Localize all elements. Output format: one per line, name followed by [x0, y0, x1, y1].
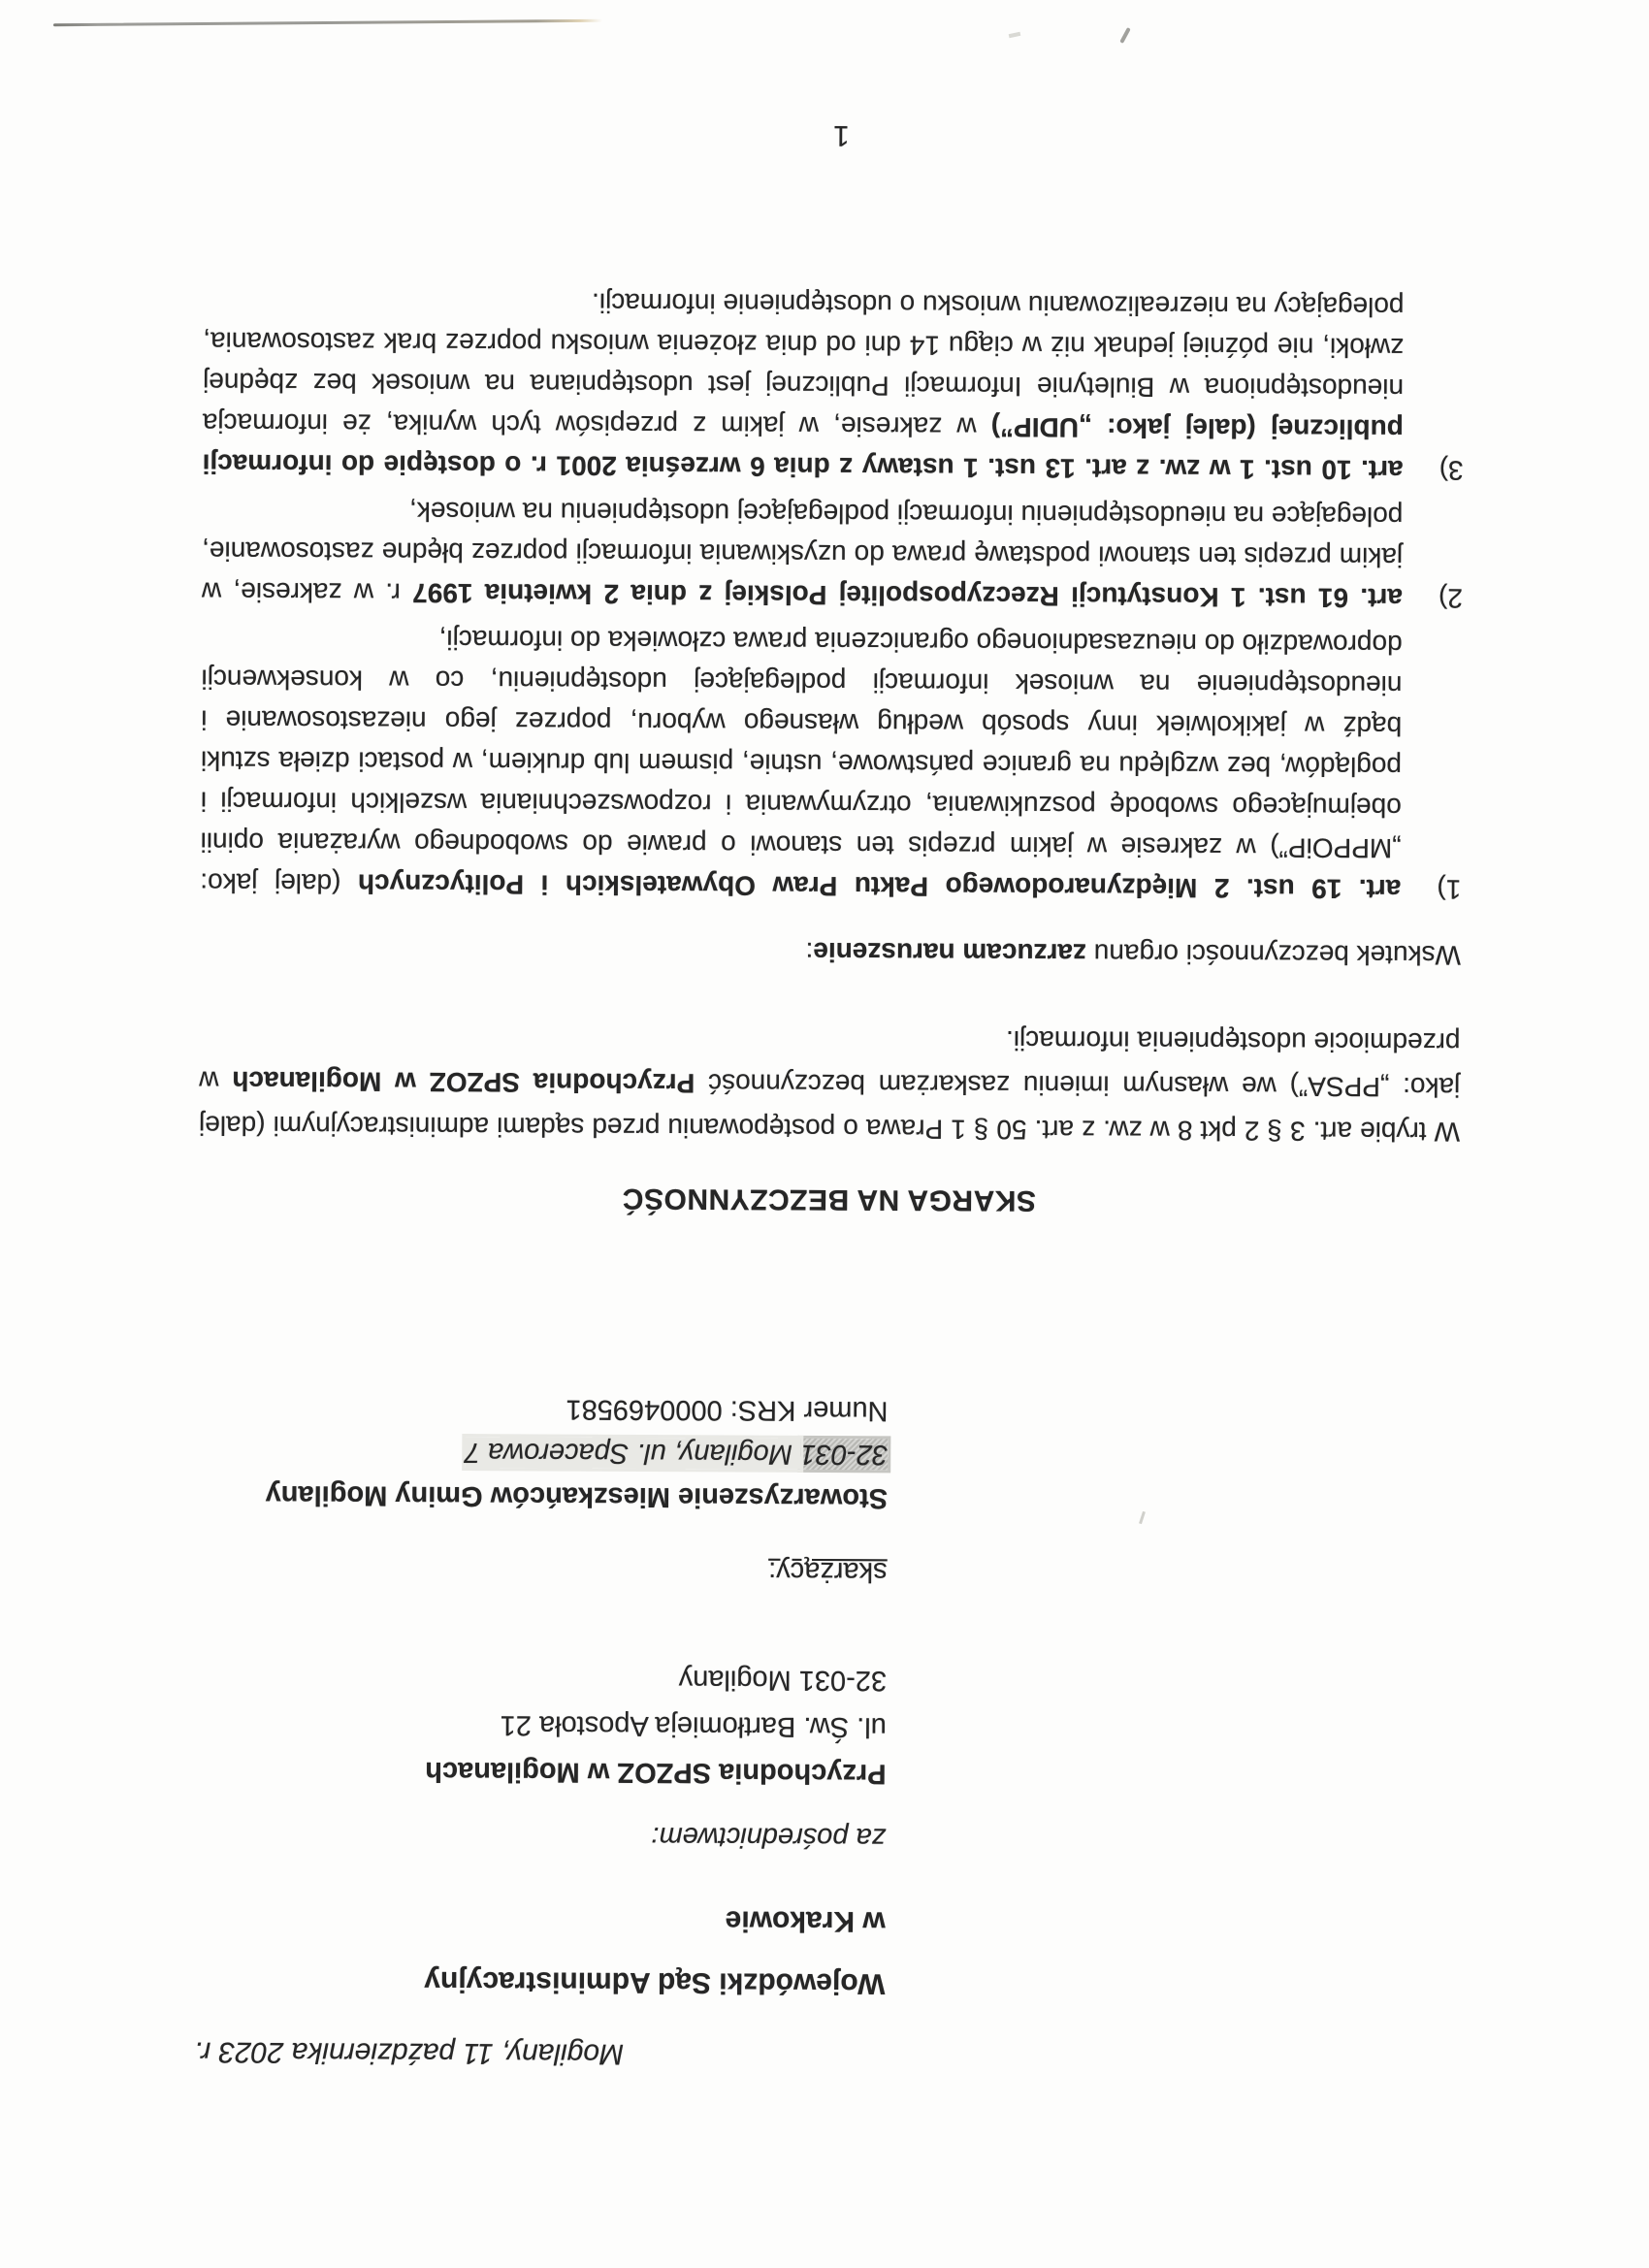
krs-number-line: Numer KRS: 0000469581 — [197, 1385, 888, 1433]
charge-rest: (dalej jako: „MPPOiP”) w zakresie w jaki… — [200, 625, 1402, 899]
complainant-address: 32-031 Mogilany, ul. Spacerowa 7 — [197, 1429, 888, 1476]
complainant-label: skarżący: — [197, 1545, 888, 1596]
addressee-block: Wojewódzki Sąd Administracyjny w Krakowi… — [194, 1385, 888, 2015]
charge-citation-bold: art. 61 ust. 1 Konstytucji Rzeczypospoli… — [412, 578, 1403, 613]
charge-citation-bold: art. 19 ust. 2 Międzynarodowego Paktu Pr… — [358, 868, 1402, 904]
authority-name: Przychodnia SPZOZ w Mogilanach — [195, 1747, 886, 1798]
charge-item-3: 3) art. 10 ust. 1 w zw. z art. 13 ust. 1… — [203, 280, 1465, 491]
charge-item-1: 1) art. 19 ust. 2 Międzynarodowego Paktu… — [200, 618, 1463, 910]
intro-bold: Przychodnia SPZOZ w Mogilanach — [232, 1066, 695, 1098]
charges-lead-bold: zarzucam naruszenie — [813, 937, 1086, 968]
document-title: SKARGA NA BEZCZYNNOŚĆ — [199, 1175, 1460, 1225]
charge-text: art. 10 ust. 1 w zw. z art. 13 ust. 1 us… — [203, 280, 1405, 490]
charges-lead-post: : — [805, 937, 813, 967]
charges-lead-pre: Wskutek bezczynności organu — [1086, 938, 1461, 970]
redaction-highlight: 32-031 — [800, 1439, 888, 1470]
date-line: Mogilany, 11 października 2023 r. — [194, 2030, 1455, 2080]
court-city: w Krakowie — [195, 1887, 886, 1953]
authority-city: 32-031 Mogilany — [196, 1654, 887, 1704]
page-number: 1 — [16, 111, 1649, 160]
scanned-document-page: Mogilany, 11 października 2023 r. Wojewó… — [0, 0, 1649, 2268]
letter-content: Mogilany, 11 października 2023 r. Wojewó… — [0, 0, 1649, 2268]
complainant-name: Stowarzyszenie Mieszkańców Gminy Mogilan… — [197, 1473, 888, 1520]
charge-text: art. 19 ust. 2 Międzynarodowego Paktu Pr… — [200, 618, 1403, 909]
charge-item-2: 2) art. 61 ust. 1 Konstytucji Rzeczyposp… — [202, 490, 1464, 619]
charge-number: 1) — [1401, 624, 1463, 909]
charge-number: 2) — [1403, 496, 1464, 618]
intro-paragraph: W trybie art. 3 § 2 pkt 8 w zw. z art. 5… — [199, 1014, 1461, 1154]
charge-number: 3) — [1403, 286, 1464, 490]
via-label: za pośrednictwem: — [195, 1811, 886, 1862]
charges-lead: Wskutek bezczynności organu zarzucam nar… — [200, 926, 1461, 978]
complainant-address-rest: Mogilany, ul. Spacerowa 7 — [465, 1437, 800, 1470]
authority-street: ul. Św. Bartłomieja Apostoła 21 — [196, 1701, 887, 1751]
court-name: Wojewódzki Sąd Administracyjny — [194, 1949, 885, 2015]
charges-list: 1) art. 19 ust. 2 Międzynarodowego Paktu… — [200, 280, 1464, 910]
charge-text: art. 61 ust. 1 Konstytucji Rzeczypospoli… — [202, 490, 1404, 618]
